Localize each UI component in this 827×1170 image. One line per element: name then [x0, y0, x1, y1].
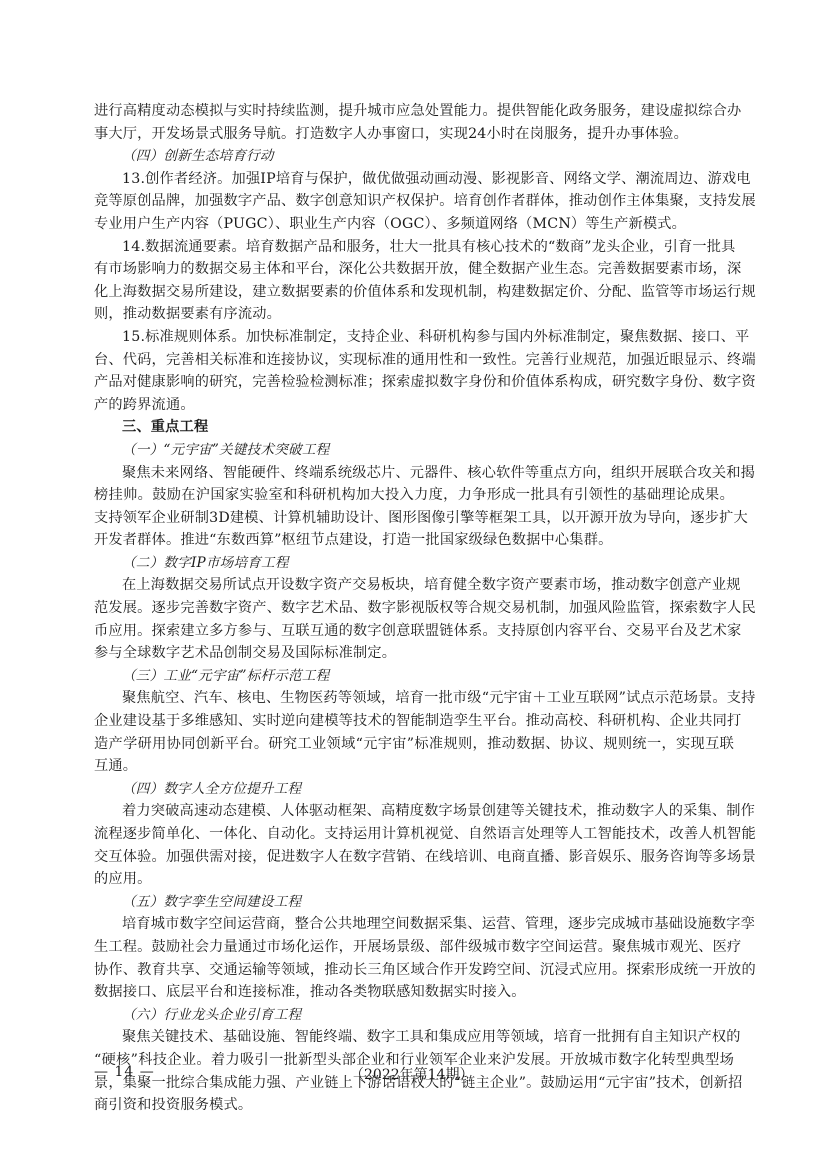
paragraph-line: 有市场影响力的数据交易主体和平台，深化公共数据开放，健全数据产业生态。完善数据要… [94, 258, 734, 281]
subsection-heading: （四）创新生态培育行动 [94, 145, 734, 168]
paragraph-line: 互通。 [94, 755, 734, 778]
paragraph-line: 聚焦关键技术、基础设施、智能终端、数字工具和集成应用等领域，培育一批拥有自主知识… [94, 1026, 734, 1049]
paragraph-line: 支持领军企业研制3D建模、计算机辅助设计、图形图像引擎等框架工具，以开源开放为导… [94, 507, 734, 530]
paragraph-line: 协作、教育共享、交通运输等领域，推动长三角区域合作开发跨空间、沉浸式应用。探索形… [94, 959, 734, 982]
paragraph-line: 产的跨界流通。 [94, 394, 734, 417]
paragraph-line: 事大厅，开发场景式服务导航。打造数字人办事窗口，实现24小时在岗服务，提升办事体… [94, 123, 734, 146]
paragraph-line: 培育城市数字空间运营商，整合公共地理空间数据采集、运营、管理，逐步完成城市基础设… [94, 913, 734, 936]
subsection-heading: （五）数字孪生空间建设工程 [94, 891, 734, 914]
paragraph-line: 币应用。探索建立多方参与、互联互通的数字创意联盟链体系。支持原创内容平台、交易平… [94, 620, 734, 643]
paragraph-line: 范发展。逐步完善数字资产、数字艺术品、数字影视版权等合规交易机制，加强风险监管，… [94, 597, 734, 620]
subsection-heading: （二）数字IP市场培育工程 [94, 552, 734, 575]
paragraph-line: 13.创作者经济。加强IP培育与保护，做优做强动画动漫、影视影音、网络文学、潮流… [94, 168, 734, 191]
paragraph-line: 进行高精度动态模拟与实时持续监测，提升城市应急处置能力。提供智能化政务服务，建设… [94, 100, 734, 123]
subsection-heading: （一）“元宇宙”关键技术突破工程 [94, 439, 734, 462]
paragraph-line: 参与全球数字艺术品创制交易及国际标准制定。 [94, 642, 734, 665]
paragraph-line: 流程逐步简单化、一体化、自动化。支持运用计算机视觉、自然语言处理等人工智能技术，… [94, 823, 734, 846]
subsection-heading: （六）行业龙头企业引育工程 [94, 1004, 734, 1027]
paragraph-line: 聚焦航空、汽车、核电、生物医药等领域，培育一批市级“元宇宙＋工业互联网”试点示范… [94, 687, 734, 710]
paragraph-line: 专业用户生产内容（PUGC）、职业生产内容（OGC）、多频道网络（MCN）等生产… [94, 213, 734, 236]
paragraph-line: 着力突破高速动态建模、人体驱动框架、高精度数字场景创建等关键技术，推动数字人的采… [94, 800, 734, 823]
section-heading: 三、重点工程 [94, 416, 734, 439]
document-body: 进行高精度动态模拟与实时持续监测，提升城市应急处置能力。提供智能化政务服务，建设… [94, 100, 734, 1117]
paragraph-line: 造产学研用协同创新平台。研究工业领域“元宇宙”标准规则，推动数据、协议、规则统一… [94, 733, 734, 756]
paragraph-line: 开发者群体。推进“东数西算”枢纽节点建设，打造一批国家级绿色数据中心集群。 [94, 529, 734, 552]
page-number: — 14 — [94, 1064, 155, 1080]
paragraph-line: 企业建设基于多维感知、实时逆向建模等技术的智能制造孪生平台。推动高校、科研机构、… [94, 710, 734, 733]
issue-label: （2022年第14期） [350, 1064, 473, 1084]
page-footer: — 14 — （2022年第14期） [94, 1064, 734, 1088]
paragraph-line: 商引资和投资服务模式。 [94, 1094, 734, 1117]
paragraph-line: 榜挂帅。鼓励在沪国家实验室和科研机构加大投入力度，力争形成一批具有引领性的基础理… [94, 484, 734, 507]
paragraph-line: 产品对健康影响的研究，完善检验检测标准；探索虚拟数字身份和价值体系构成，研究数字… [94, 371, 734, 394]
paragraph-line: 化上海数据交易所建设，建立数据要素的价值体系和发现机制，构建数据定价、分配、监管… [94, 281, 734, 304]
paragraph-line: 14.数据流通要素。培育数据产品和服务，壮大一批具有核心技术的“数商”龙头企业，… [94, 236, 734, 259]
paragraph-line: 数据接口、底层平台和连接标准，推动各类物联感知数据实时接入。 [94, 981, 734, 1004]
paragraph-line: 竞等原创品牌，加强数字产品、数字创意知识产权保护。培育创作者群体，推动创作主体集… [94, 190, 734, 213]
subsection-heading: （四）数字人全方位提升工程 [94, 778, 734, 801]
subsection-heading: （三）工业“元宇宙”标杆示范工程 [94, 665, 734, 688]
paragraph-line: 15.标准规则体系。加快标准制定，支持企业、科研机构参与国内外标准制定，聚焦数据… [94, 326, 734, 349]
paragraph-line: 生工程。鼓励社会力量通过市场化运作，开展场景级、部件级城市数字空间运营。聚焦城市… [94, 936, 734, 959]
paragraph-line: 交互体验。加强供需对接，促进数字人在数字营销、在线培训、电商直播、影音娱乐、服务… [94, 846, 734, 869]
paragraph-line: 的应用。 [94, 868, 734, 891]
paragraph-line: 台、代码，完善相关标准和连接协议，实现标准的通用性和一致性。完善行业规范，加强近… [94, 349, 734, 372]
paragraph-line: 聚焦未来网络、智能硬件、终端系统级芯片、元器件、核心软件等重点方向，组织开展联合… [94, 462, 734, 485]
paragraph-line: 则，推动数据要素有序流动。 [94, 303, 734, 326]
paragraph-line: 在上海数据交易所试点开设数字资产交易板块，培育健全数字资产要素市场，推动数字创意… [94, 574, 734, 597]
